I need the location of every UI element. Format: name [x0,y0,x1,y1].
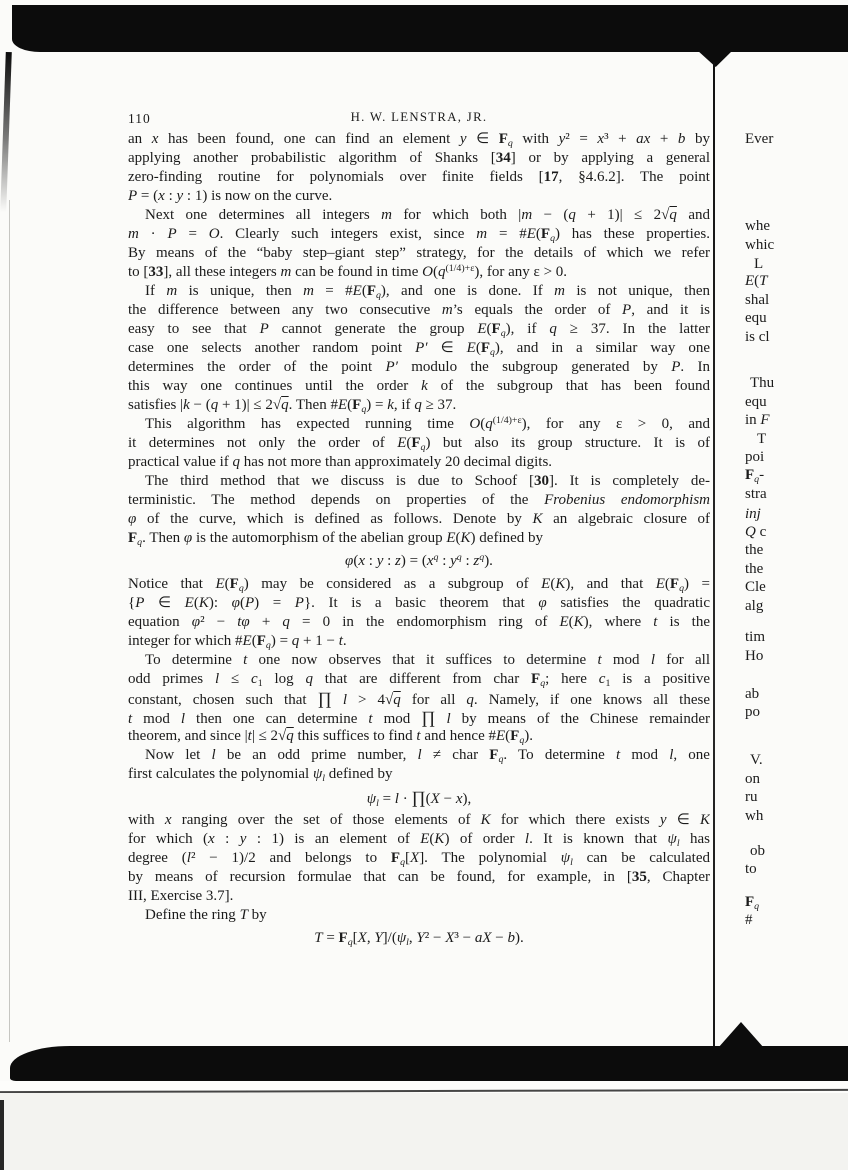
facing-page-text-fragment: Fq [745,894,759,911]
facing-page-text-fragment: T [757,431,766,448]
facing-page-text-fragment: ob [750,843,765,860]
text-line: Fq. Then φ is the automorphism of the ab… [128,529,710,548]
facing-page-text-fragment: equ [745,310,767,327]
text-line: Next one determines all integers m for w… [128,206,710,225]
facing-page-text-fragment: on [745,771,760,788]
text-line: To determine t one now observes that it … [128,651,710,670]
bottom-scan-shadow-bar [10,1046,848,1081]
formula-line: φ(x : y : z) = (xq : yq : zq). [128,552,710,571]
page-gutter-line [713,62,715,1048]
text-line: practical value if q has not more than a… [128,453,710,472]
facing-page-text-fragment: shal [745,292,769,309]
gutter-top-funnel [697,50,733,67]
text-line: III, Exercise 3.7]. [128,887,710,906]
facing-page-text-fragment: the [745,561,763,578]
text-line: {P ∈ E(K): φ(P) = P}. It is a basic theo… [128,594,710,613]
running-head: H. W. LENSTRA, JR. [128,110,710,125]
facing-page-text-fragment: is cl [745,329,770,346]
facing-page-text-fragment: Cle [745,579,766,596]
text-line: The third method that we discuss is due … [128,472,710,491]
text-line: by means of recursion formulae that can … [128,868,710,887]
text-line: Define the ring T by [128,906,710,925]
text-line: By means of the “baby step–giant step” s… [128,244,710,263]
facing-page-text-fragment: wh [745,808,763,825]
facing-page-text-fragment: Ho [745,648,763,665]
text-line: this way one continues until the order k… [128,377,710,396]
facing-page-text-fragment: equ [745,394,767,411]
left-page-edge-shadow [0,52,12,212]
facing-page-text-fragment: po [745,704,760,721]
facing-page-text-fragment: in F [745,412,770,429]
text-line: case one selects another random point P′… [128,339,710,358]
facing-page-text-fragment: alg [745,598,763,615]
facing-page-text-fragment: poi [745,449,764,466]
text-line: Now let l be an odd prime number, l ≠ ch… [128,746,710,765]
page-text-body: an x has been found, one can find an ele… [128,130,710,952]
scan-bottom-margin [0,1093,848,1170]
facing-page-text-fragment: E(T [745,273,768,290]
text-line: easy to see that P cannot generate the g… [128,320,710,339]
text-line: to [33], all these integers m can be fou… [128,263,710,282]
facing-page-text-fragment: inj [745,506,761,523]
text-line: equation φ² − tφ + q = 0 in the endomorp… [128,613,710,632]
text-line: first calculates the polynomial ψl defin… [128,765,710,784]
formula-line: ψl = l · ∏(X − x), [128,788,710,807]
facing-page-text-fragment: Thu [750,375,774,392]
text-line: theorem, and since |t| ≤ 2√q this suffic… [128,727,710,746]
facing-page-text-fragment: stra [745,486,767,503]
facing-page-text-fragment: V. [750,752,763,769]
text-line: P = (x : y : 1) is now on the curve. [128,187,710,206]
left-page-edge-line [9,200,10,1042]
text-line: Notice that E(Fq) may be considered as a… [128,575,710,594]
text-line: If m is unique, then m = #E(Fq), and one… [128,282,710,301]
text-line: satisfies |k − (q + 1)| ≤ 2√q. Then #E(F… [128,396,710,415]
text-line: odd primes l ≤ c1 log q that are differe… [128,670,710,689]
text-line: zero-finding routine for polynomials ove… [128,168,710,187]
facing-page-text-fragment: to [745,861,757,878]
top-scan-shadow-bar [12,5,848,52]
text-line: t mod l then one can determine t mod ∏ l… [128,708,710,727]
facing-page-text-fragment: Q c [745,524,766,541]
text-line: with x ranging over the set of those ele… [128,811,710,830]
facing-page-text-fragment: whe [745,218,770,235]
facing-page-text-fragment: # [745,912,753,929]
facing-page-text-fragment: tim [745,629,765,646]
text-line: for which (x : y : 1) is an element of E… [128,830,710,849]
text-line: This algorithm has expected running time… [128,415,710,434]
text-line: degree (l² − 1)/2 and belongs to Fq[X]. … [128,849,710,868]
facing-page-text-fragment: Ever [745,131,773,148]
facing-page-text-fragment: ru [745,789,758,806]
text-line: an x has been found, one can find an ele… [128,130,710,149]
text-line: integer for which #E(Fq) = q + 1 − t. [128,632,710,651]
scan-bottom-left-mark [0,1100,4,1170]
facing-page-text-fragment: ab [745,686,759,703]
facing-page-text-fragment: L [754,256,763,273]
scanned-book-page-photo: 110 H. W. LENSTRA, JR. an x has been fou… [0,0,848,1170]
text-line: it determines not only the order of E(Fq… [128,434,710,453]
text-line: constant, chosen such that ∏ l > 4√q for… [128,689,710,708]
text-line: applying another probabilistic algorithm… [128,149,710,168]
text-line: the difference between any two consecuti… [128,301,710,320]
facing-page-text-fragment: whic [745,237,774,254]
formula-line: T = Fq[X, Y]/(ψl, Y² − X³ − aX − b). [128,929,710,948]
text-line: determines the order of the point P′ mod… [128,358,710,377]
gutter-bottom-peak [718,1022,764,1048]
text-line: terministic. The method depends on prope… [128,491,710,510]
facing-page-text-fragment: the [745,542,763,559]
text-line: m · P = O. Clearly such integers exist, … [128,225,710,244]
facing-page-text-fragment: Fq- [745,467,764,484]
text-line: φ of the curve, which is defined as foll… [128,510,710,529]
